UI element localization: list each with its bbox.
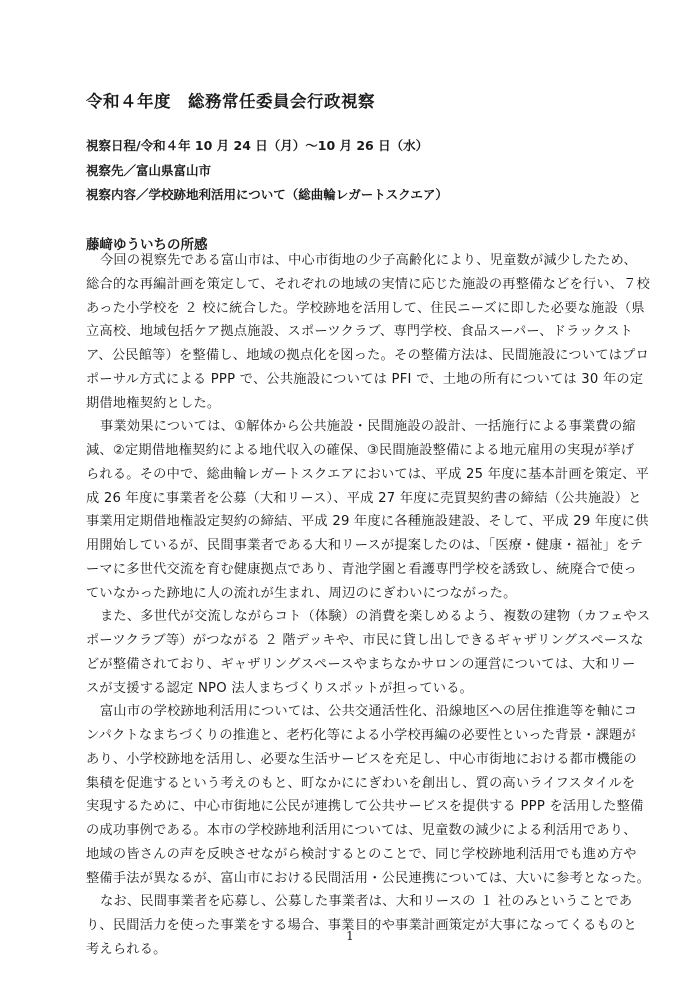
paragraph-line: ア、公民館等）を整備し、地域の拠点化を図った。その整備方法は、民間施設については… — [86, 344, 616, 368]
page-number: 1 — [0, 929, 700, 943]
paragraph-line: 集積を促進するという考えのもと、町なかににぎわいを創出し、質の高いライフスタイル… — [86, 772, 616, 796]
paragraph-line: 成 26 年度に事業者を公募（大和リース）、平成 27 年度に売買契約書の締結（… — [86, 487, 616, 511]
paragraph-line: ンパクトなまちづくりの推進と、老朽化等による小学校再編の必要性といった背景・課題… — [86, 724, 616, 748]
paragraph-line: 地域の皆さんの声を反映させながら検討するとのことで、同じ学校跡地利活用でも進め方… — [86, 843, 616, 867]
inspection-content: 視察内容／学校跡地利活用について（総曲輪レガートスクエア） — [86, 185, 448, 203]
inspection-destination: 視察先／富山県富山市 — [86, 161, 211, 179]
paragraph-line: どが整備されており、ギャザリングスペースやまちなかサロンの運営については、大和リ… — [86, 653, 616, 677]
paragraph-line: あり、小学校跡地を活用し、必要な生活サービスを充足し、中心市街地における都市機能… — [86, 748, 616, 772]
paragraph-line: ーマに多世代交流を育む健康拠点であり、青池学園と看護専門学校を誘致し、統廃合で使… — [86, 558, 616, 582]
paragraph-line: 減、②定期借地権契約による地代収入の確保、③民間施設整備による地元雇用の実現が挙… — [86, 439, 616, 463]
paragraph-line: ポーツクラブ等）がつながる ２ 階デッキや、市民に貸し出しできるギャザリングスペ… — [86, 629, 616, 653]
paragraph-line: なお、民間事業者を応募し、公募した事業者は、大和リースの １ 社のみということで… — [86, 890, 616, 914]
paragraph-line: 事業効果については、①解体から公共施設・民間施設の設計、一括施行による事業費の縮 — [86, 415, 616, 439]
paragraph-line: あった小学校を ２ 校に統合した。学校跡地を活用して、住民ニーズに即した必要な施… — [86, 297, 616, 321]
paragraph-line: 実現するために、中心市街地に公民が連携して公共サービスを提供する PPP を活用… — [86, 795, 616, 819]
paragraph-line: 富山市の学校跡地利活用については、公共交通活性化、沿線地区への居住推進等を軸にコ — [86, 700, 616, 724]
paragraph-line: 整備手法が異なるが、富山市における民間活用・公民連携については、大いに参考となっ… — [86, 867, 616, 891]
paragraph-line: の成功事例である。本市の学校跡地利活用については、児童数の減少による利活用であり… — [86, 819, 616, 843]
paragraph-line: られる。その中で、総曲輪レガートスクエアにおいては、平成 25 年度に基本計画を… — [86, 463, 616, 487]
paragraph-line: 今回の視察先である富山市は、中心市街地の少子高齢化により、児童数が減少したため、 — [86, 249, 616, 273]
document-title: 令和４年度 総務常任委員会行政視察 — [86, 88, 375, 112]
paragraph-line: 用開始しているが、民間事業者である大和リースが提案したのは、「医療・健康・福祉」… — [86, 534, 616, 558]
paragraph-line: また、多世代が交流しながらコト（体験）の消費を楽しめるよう、複数の建物（カフェや… — [86, 605, 616, 629]
paragraph-line: スが支援する認定 NPO 法人まちづくりスポットが担っている。 — [86, 677, 616, 701]
report-body: 今回の視察先である富山市は、中心市街地の少子高齢化により、児童数が減少したため、… — [86, 249, 616, 962]
paragraph-line: 期借地権契約とした。 — [86, 392, 616, 416]
paragraph-line: 立高校、地域包括ケア拠点施設、スポーツクラブ、専門学校、食品スーパー、ドラックス… — [86, 320, 616, 344]
paragraph-line: ていなかった跡地に人の流れが生まれ、周辺のにぎわいにつながった。 — [86, 582, 616, 606]
paragraph-line: 事業用定期借地権設定契約の締結、平成 29 年度に各種施設建設、そして、平成 2… — [86, 510, 616, 534]
document-page: 令和４年度 総務常任委員会行政視察 視察日程/令和４年 10 月 24 日（月）… — [0, 0, 700, 991]
paragraph-line: ポーサル方式による PPP で、公共施設については PFI で、土地の所有につい… — [86, 368, 616, 392]
paragraph-line: 総合的な再編計画を策定して、それぞれの地域の実情に応じた施設の再整備などを行い、… — [86, 273, 616, 297]
inspection-schedule: 視察日程/令和４年 10 月 24 日（月）～10 月 26 日（水） — [86, 136, 428, 154]
